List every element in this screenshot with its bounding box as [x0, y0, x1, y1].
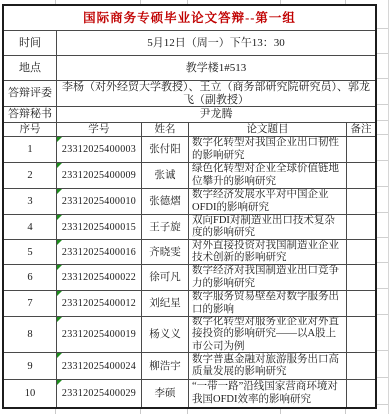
thesis-title-cell[interactable]: 数字经济对我国制造业出口竞争力的影响研究 — [189, 265, 347, 290]
table-row: 10 23312025400029 李硕 “一带一路”沿线国家营商环境对我国OF… — [4, 380, 375, 407]
student-name-cell[interactable]: 王子旋 — [142, 215, 189, 239]
student-id-text: 23312025400010 — [62, 195, 136, 208]
student-id-text: 23312025400003 — [62, 143, 136, 156]
gutter-gridline — [377, 187, 388, 213]
gutter-gridline — [377, 378, 388, 405]
student-name-cell[interactable]: 张德熠 — [142, 189, 189, 214]
student-id-cell[interactable]: 23312025400010 — [57, 189, 142, 214]
student-name-cell[interactable]: 徐可凡 — [142, 265, 189, 290]
number-stored-as-text-flag-icon — [57, 163, 62, 168]
sheet-gutter-right — [377, 4, 388, 409]
thesis-title-cell[interactable]: 数字服务贸易壁垒对数字服务出口的影响 — [189, 291, 347, 316]
student-id-text: 23312025400019 — [62, 328, 136, 341]
table-row: 9 23312025400024 柳浩宇 数字普惠金融对旅游服务出口高质量发展的… — [4, 353, 375, 380]
gutter-gridline — [377, 79, 388, 105]
gutter-gridline — [377, 105, 388, 121]
remark-cell[interactable] — [347, 380, 375, 407]
student-id-text: 23312025400022 — [62, 271, 136, 284]
number-stored-as-text-flag-icon — [57, 240, 62, 245]
gutter-gridline — [377, 238, 388, 263]
student-id-cell[interactable]: 23312025400015 — [57, 215, 142, 239]
gutter-gridline — [377, 351, 388, 378]
table-row: 6 23312025400022 徐可凡 数字经济对我国制造业出口竞争力的影响研… — [4, 265, 375, 291]
student-id-text: 23312025400015 — [62, 221, 136, 234]
header-thesis-title[interactable]: 论文题目 — [189, 123, 347, 136]
gutter-gridline — [377, 121, 388, 135]
row-number-cell[interactable]: 10 — [4, 380, 57, 407]
thesis-title-cell[interactable]: 数字经济发展水平对中国企业OFDI的影响研究 — [189, 189, 347, 214]
row-number-cell[interactable]: 2 — [4, 163, 57, 188]
student-id-cell[interactable]: 23312025400019 — [57, 317, 142, 352]
thesis-title-cell[interactable]: 数字普惠金融对旅游服务出口高质量发展的影响研究 — [189, 353, 347, 379]
number-stored-as-text-flag-icon — [57, 380, 62, 385]
student-id-cell[interactable]: 23312025400012 — [57, 291, 142, 316]
number-stored-as-text-flag-icon — [57, 291, 62, 296]
student-id-cell[interactable]: 23312025400024 — [57, 353, 142, 379]
table-row: 3 23312025400010 张德熠 数字经济发展水平对中国企业OFDI的影… — [4, 189, 375, 215]
place-value-cell[interactable]: 教学楼1#513 — [57, 56, 375, 80]
student-id-text: 23312025400016 — [62, 246, 136, 259]
header-remark[interactable]: 备注 — [347, 123, 375, 136]
defense-schedule-table: 国际商务专硕毕业论文答辩--第一组 时间 5月12日（周一）下午13：30 地点… — [2, 4, 377, 409]
thesis-title-cell[interactable]: 数字化转型对我国企业出口韧性的影响研究 — [189, 137, 347, 162]
time-label-cell[interactable]: 时间 — [4, 31, 57, 55]
row-number-cell[interactable]: 5 — [4, 240, 57, 264]
table-title: 国际商务专硕毕业论文答辩--第一组 — [4, 6, 375, 30]
gridline-tick — [280, 409, 281, 414]
remark-cell[interactable] — [347, 265, 375, 290]
gutter-gridline — [377, 4, 388, 29]
gutter-gridline — [377, 263, 388, 289]
student-name-cell[interactable]: 刘纪星 — [142, 291, 189, 316]
row-number-cell[interactable]: 4 — [4, 215, 57, 239]
gutter-gridline — [377, 213, 388, 238]
thesis-title-cell[interactable]: “一带一路”沿线国家营商环境对我国OFDI效率的影响研究 — [189, 380, 347, 407]
student-id-cell[interactable]: 23312025400016 — [57, 240, 142, 264]
time-value-cell[interactable]: 5月12日（周一）下午13：30 — [57, 31, 375, 55]
info-row-place: 地点 教学楼1#513 — [4, 56, 375, 81]
thesis-title-cell[interactable]: 对外直接投资对我国制造业企业技术创新的影响研究 — [189, 240, 347, 264]
table-row: 2 23312025400009 张诚 绿色化转型对企业全球价值链地位攀升的影响… — [4, 163, 375, 189]
info-row-committee: 答辩评委 李杨（对外经贸大学教授）、王立（商务部研究院研究员）、郭龙飞（副教授） — [4, 81, 375, 107]
remark-cell[interactable] — [347, 353, 375, 379]
table-row: 4 23312025400015 王子旋 双向FDI对制造业出口技术复杂度的影响… — [4, 215, 375, 240]
student-id-cell[interactable]: 23312025400003 — [57, 137, 142, 162]
row-number-cell[interactable]: 3 — [4, 189, 57, 214]
table-row: 5 23312025400016 齐晓雯 对外直接投资对我国制造业企业技术创新的… — [4, 240, 375, 265]
table-row: 8 23312025400019 杨义义 数字化转型对服务业企业对外直接投资的影… — [4, 317, 375, 353]
student-name-cell[interactable]: 杨义义 — [142, 317, 189, 352]
gridline-vertical-right — [388, 0, 389, 414]
student-id-text: 23312025400024 — [62, 360, 136, 373]
student-name-cell[interactable]: 齐晓雯 — [142, 240, 189, 264]
gutter-gridline — [377, 135, 388, 161]
place-label-cell[interactable]: 地点 — [4, 56, 57, 80]
student-id-text: 23312025400009 — [62, 169, 136, 182]
gridline-tick — [140, 409, 141, 414]
row-number-cell[interactable]: 1 — [4, 137, 57, 162]
number-stored-as-text-flag-icon — [57, 137, 62, 142]
remark-cell[interactable] — [347, 137, 375, 162]
thesis-title-cell[interactable]: 绿色化转型对企业全球价值链地位攀升的影响研究 — [189, 163, 347, 188]
secretary-value-cell[interactable]: 尹龙腾 — [57, 107, 375, 122]
student-id-cell[interactable]: 23312025400022 — [57, 265, 142, 290]
row-number-cell[interactable]: 6 — [4, 265, 57, 290]
number-stored-as-text-flag-icon — [57, 317, 62, 322]
gutter-gridline — [377, 54, 388, 79]
student-name-cell[interactable]: 张付阳 — [142, 137, 189, 162]
thesis-title-cell[interactable]: 双向FDI对制造业出口技术复杂度的影响研究 — [189, 215, 347, 239]
secretary-label-cell[interactable]: 答辩秘书 — [4, 107, 57, 122]
header-name[interactable]: 姓名 — [142, 123, 189, 136]
row-number-cell[interactable]: 9 — [4, 353, 57, 379]
info-row-time: 时间 5月12日（周一）下午13：30 — [4, 31, 375, 56]
committee-value-cell[interactable]: 李杨（对外经贸大学教授）、王立（商务部研究院研究员）、郭龙飞（副教授） — [57, 81, 375, 106]
number-stored-as-text-flag-icon — [57, 353, 62, 358]
remark-cell[interactable] — [347, 189, 375, 214]
table-body: 1 23312025400003 张付阳 数字化转型对我国企业出口韧性的影响研究… — [4, 137, 375, 407]
student-id-text: 23312025400012 — [62, 297, 136, 310]
gridline-tick — [345, 409, 346, 414]
remark-cell[interactable] — [347, 291, 375, 316]
gutter-gridline — [377, 29, 388, 54]
gridline-tick — [187, 409, 188, 414]
table-row: 1 23312025400003 张付阳 数字化转型对我国企业出口韧性的影响研究 — [4, 137, 375, 163]
number-stored-as-text-flag-icon — [57, 215, 62, 220]
number-stored-as-text-flag-icon — [57, 265, 62, 270]
gutter-gridline — [377, 289, 388, 315]
student-name-cell[interactable]: 张诚 — [142, 163, 189, 188]
student-id-cell[interactable]: 23312025400009 — [57, 163, 142, 188]
header-no[interactable]: 序号 — [4, 123, 57, 136]
student-name-cell[interactable]: 柳浩宇 — [142, 353, 189, 379]
gutter-gridline — [377, 315, 388, 351]
gutter-gridline — [377, 161, 388, 187]
remark-cell[interactable] — [347, 215, 375, 239]
excel-sheet-region: 国际商务专硕毕业论文答辩--第一组 时间 5月12日（周一）下午13：30 地点… — [0, 0, 391, 414]
gridline-tick — [55, 409, 56, 414]
row-number-cell[interactable]: 8 — [4, 317, 57, 352]
thesis-title-cell[interactable]: 数字化转型对服务业企业对外直接投资的影响研究——以A股上市公司为例 — [189, 317, 347, 352]
table-title-row: 国际商务专硕毕业论文答辩--第一组 — [4, 6, 375, 31]
student-id-text: 23312025400029 — [62, 387, 136, 400]
info-row-secretary: 答辩秘书 尹龙腾 — [4, 107, 375, 123]
student-name-cell[interactable]: 李硕 — [142, 380, 189, 407]
committee-label-cell[interactable]: 答辩评委 — [4, 81, 57, 106]
header-student-id[interactable]: 学号 — [57, 123, 142, 136]
number-stored-as-text-flag-icon — [57, 189, 62, 194]
remark-cell[interactable] — [347, 240, 375, 264]
remark-cell[interactable] — [347, 317, 375, 352]
table-header-row: 序号 学号 姓名 论文题目 备注 — [4, 123, 375, 137]
table-row: 7 23312025400012 刘纪星 数字服务贸易壁垒对数字服务出口的影响 — [4, 291, 375, 317]
student-id-cell[interactable]: 23312025400029 — [57, 380, 142, 407]
remark-cell[interactable] — [347, 163, 375, 188]
row-number-cell[interactable]: 7 — [4, 291, 57, 316]
sheet-gridline-strip-bottom — [0, 409, 391, 414]
